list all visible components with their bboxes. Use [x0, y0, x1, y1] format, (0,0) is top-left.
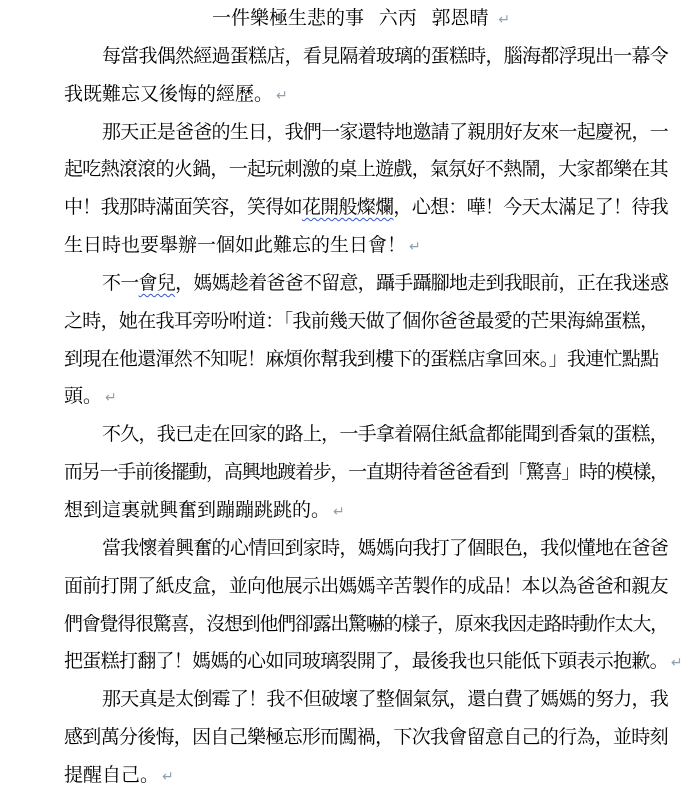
text-segment: 我既難忘又後悔的經歷。	[64, 84, 273, 105]
paragraph-5-line-4: 把蛋糕打翻了！媽媽的心如同玻璃裂開了，最後我也只能低下頭表示抱歉。↵	[64, 643, 668, 681]
paragraph-mark-icon: ↵	[276, 88, 288, 104]
text-segment: 感到萬分後悔，因自己樂極忘形而闖禍，下次我會留意自己的行為，並時刻	[64, 727, 668, 748]
paragraph-4-line-2: 而另一手前後擺動，高興地踱着步，一直期待着爸爸看到「驚喜」時的模樣，	[64, 454, 668, 492]
paragraph-mark-icon: ↵	[498, 12, 510, 28]
paragraph-4-line-1: 不久，我已走在回家的路上，一手拿着隔住紙盒都能聞到香氣的蛋糕，	[64, 416, 668, 454]
text-segment: 面前打開了紙皮盒，並向他展示出媽媽辛苦製作的成品！本以為爸爸和親友	[64, 576, 668, 597]
text-segment: 那天真是太倒霉了！我不但破壞了整個氣氛，還白費了媽媽的努力，我	[102, 689, 668, 710]
text-segment: 不久，我已走在回家的路上，一手拿着隔住紙盒都能聞到香氣的蛋糕，	[102, 424, 668, 445]
body-lines: 每當我偶然經過蛋糕店，看見隔着玻璃的蛋糕時，腦海都浮現出一幕令我既難忘又後悔的經…	[64, 38, 668, 795]
paragraph-3-line-1: 不一會兒，媽媽趁着爸爸不留意，躡手躡腳地走到我眼前，正在我迷惑	[64, 265, 668, 303]
spellcheck-squiggle-text: 花開般燦爛	[302, 197, 394, 218]
text-segment: 當我懷着興奮的心情回到家時，媽媽向我打了個眼色，我似懂地在爸爸	[102, 538, 668, 559]
text-segment: 到現在他還渾然不知呢！麻煩你幫我到樓下的蛋糕店拿回來。」我連忙點點	[64, 349, 658, 370]
paragraph-6-line-2: 感到萬分後悔，因自己樂極忘形而闖禍，下次我會留意自己的行為，並時刻	[64, 719, 668, 757]
text-segment: 想到這裏就興奮到蹦蹦跳跳的。	[64, 500, 330, 521]
paragraph-4-line-3: 想到這裏就興奮到蹦蹦跳跳的。↵	[64, 492, 668, 530]
text-segment: 起吃熱滾滾的火鍋，一起玩刺激的桌上遊戲，氣氛好不熱鬧，大家都樂在其	[64, 159, 668, 180]
text-segment: 們會覺得很驚喜，沒想到他們卻露出驚嚇的樣子，原來我因走路時動作太大，	[64, 614, 668, 635]
paragraph-5-line-2: 面前打開了紙皮盒，並向他展示出媽媽辛苦製作的成品！本以為爸爸和親友	[64, 568, 668, 606]
paragraph-6-line-1: 那天真是太倒霉了！我不但破壞了整個氣氛，還白費了媽媽的努力，我	[64, 681, 668, 719]
paragraph-2-line-1: 那天正是爸爸的生日，我們一家還特地邀請了親朋好友來一起慶祝，一	[64, 114, 668, 152]
text-segment: 把蛋糕打翻了！媽媽的心如同玻璃裂開了，最後我也只能低下頭表示抱歉。	[64, 651, 668, 672]
paragraph-5-line-3: 們會覺得很驚喜，沒想到他們卻露出驚嚇的樣子，原來我因走路時動作太大，	[64, 606, 668, 644]
class-name: 六丙	[379, 8, 417, 29]
paragraph-2-line-2: 起吃熱滾滾的火鍋，一起玩刺激的桌上遊戲，氣氛好不熱鬧，大家都樂在其	[64, 151, 668, 189]
paragraph-mark-icon: ↵	[409, 239, 421, 255]
paragraph-5-line-1: 當我懷着興奮的心情回到家時，媽媽向我打了個眼色，我似懂地在爸爸	[64, 530, 668, 568]
paragraph-1-line-1: 每當我偶然經過蛋糕店，看見隔着玻璃的蛋糕時，腦海都浮現出一幕令	[64, 38, 668, 76]
paragraph-mark-icon: ↵	[333, 504, 345, 520]
text-segment: 不一	[102, 273, 139, 294]
text-segment: 中！我那時滿面笑容，笑得如	[64, 197, 302, 218]
paragraph-mark-icon: ↵	[671, 655, 683, 671]
paragraph-2-line-3: 中！我那時滿面笑容，笑得如花開般燦爛，心想：嘩！今天太滿足了！待我	[64, 189, 668, 227]
text-segment: 提醒自己。	[64, 765, 159, 786]
text-segment: ，心想：嘩！今天太滿足了！待我	[393, 197, 668, 218]
paragraph-mark-icon: ↵	[105, 390, 117, 406]
paragraph-mark-icon: ↵	[162, 769, 174, 785]
author-name: 郭恩晴	[432, 8, 489, 29]
paragraph-3-line-2: 之時，她在我耳旁吩咐道：「我前幾天做了個你爸爸最愛的芒果海綿蛋糕，	[64, 303, 668, 341]
text-segment: 之時，她在我耳旁吩咐道：「我前幾天做了個你爸爸最愛的芒果海綿蛋糕，	[64, 311, 658, 332]
text-segment: 而另一手前後擺動，高興地踱着步，一直期待着爸爸看到「驚喜」時的模樣，	[64, 462, 668, 483]
essay-title: 一件樂極生悲的事	[212, 8, 364, 29]
paragraph-3-line-4: 頭。↵	[64, 378, 668, 416]
title-line: 一件樂極生悲的事 六丙 郭恩晴 ↵	[64, 0, 668, 38]
paragraph-2-line-4: 生日時也要舉辦一個如此難忘的生日會！↵	[64, 227, 668, 265]
paragraph-1-line-2: 我既難忘又後悔的經歷。↵	[64, 76, 668, 114]
document-content: 一件樂極生悲的事 六丙 郭恩晴 ↵ 每當我偶然經過蛋糕店，看見隔着玻璃的蛋糕時，…	[64, 0, 668, 795]
text-segment: 頭。	[64, 386, 102, 407]
text-segment: 每當我偶然經過蛋糕店，看見隔着玻璃的蛋糕時，腦海都浮現出一幕令	[102, 46, 668, 67]
paragraph-6-line-3: 提醒自己。↵	[64, 757, 668, 795]
text-segment: 生日時也要舉辦一個如此難忘的生日會！	[64, 235, 406, 256]
document-page: 一件樂極生悲的事 六丙 郭恩晴 ↵ 每當我偶然經過蛋糕店，看見隔着玻璃的蛋糕時，…	[0, 0, 696, 795]
text-segment: 那天正是爸爸的生日，我們一家還特地邀請了親朋好友來一起慶祝，一	[102, 122, 668, 143]
text-segment: ，媽媽趁着爸爸不留意，躡手躡腳地走到我眼前，正在我迷惑	[175, 273, 668, 294]
spellcheck-squiggle-text: 會兒	[139, 273, 176, 294]
paragraph-3-line-3: 到現在他還渾然不知呢！麻煩你幫我到樓下的蛋糕店拿回來。」我連忙點點	[64, 341, 668, 379]
